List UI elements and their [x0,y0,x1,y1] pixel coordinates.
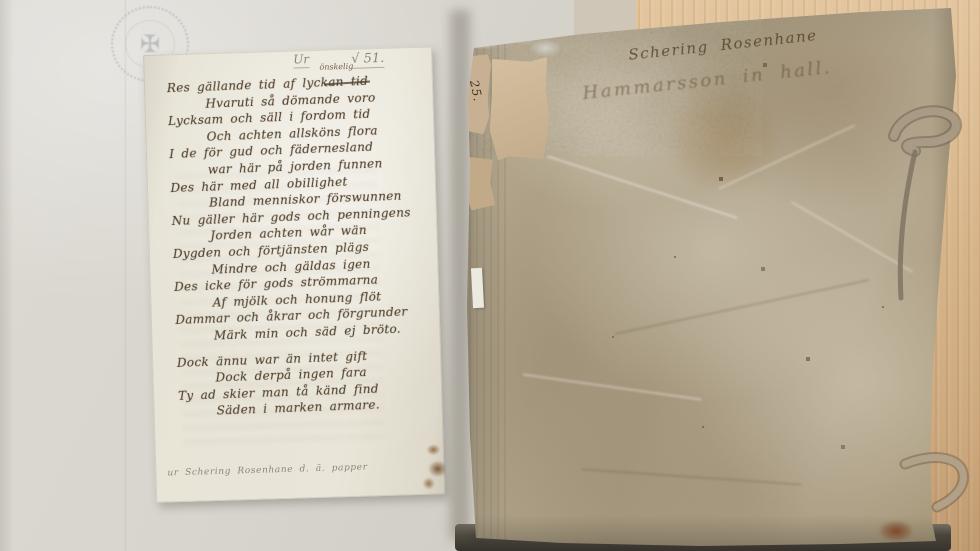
photo-two-archival-manuscripts: ✠ Ur √ 51. önskelig Res gällande tid af … [0,0,980,551]
paper-slip-marker [471,268,484,309]
vellum-crease [523,373,702,400]
poem-text-block: Res gällande tid af lyckan tidHvaruti så… [157,71,431,421]
repair-tape-patch [487,57,551,161]
book-cast-shadow [450,10,470,540]
folder-left-edge-shade [0,0,14,551]
round-cover-stain [667,84,782,192]
red-brown-stain [878,520,914,542]
vellum-bound-book: 25. Schering Rosenhane Hammarsson in hal… [462,6,960,547]
inserted-correction-word: önskelig [319,62,353,72]
folder-crease [124,0,127,551]
pencil-mark-ur: Ur [293,52,309,68]
handwritten-poem-page: Ur √ 51. önskelig Res gällande tid af ly… [143,46,445,502]
vellum-crease [582,468,802,485]
archivist-pencil-note: ur Schering Rosenhane d. ä. papper [167,463,367,479]
vellum-crease [791,201,913,273]
pencil-folio-number: √ 51. [351,51,385,69]
vellum-crease [615,279,870,335]
page-corner-stain [407,442,446,491]
